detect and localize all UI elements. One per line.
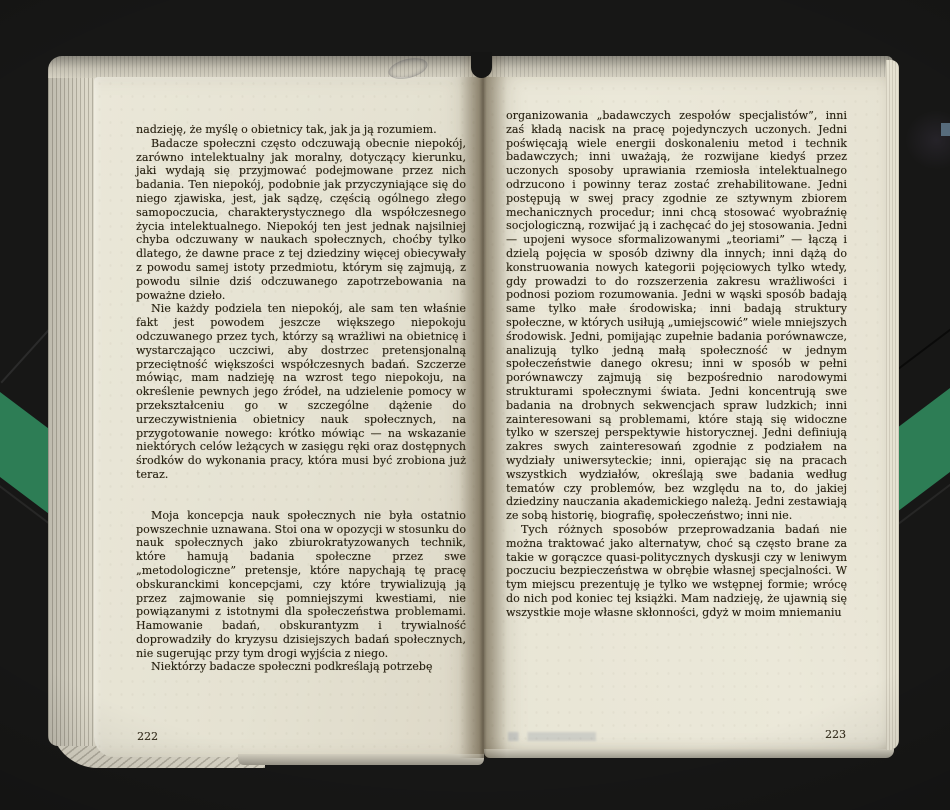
right-page-text: organizowania „badawczych zespołów specj… <box>506 109 847 619</box>
page-number-left: 222 <box>137 730 158 743</box>
spine-top-notch <box>471 52 492 78</box>
paragraph: Nie każdy podziela ten niepokój, ale sam… <box>136 302 466 481</box>
cover-groove-line <box>896 326 950 376</box>
page-number-right: 223 <box>760 728 846 741</box>
paragraph: Badacze społeczni często odczuwają obecn… <box>136 137 466 303</box>
book-cover-left-edge <box>0 0 52 810</box>
cover-sheen-line <box>0 323 52 384</box>
right-page-bottom-edge <box>484 749 894 758</box>
cover-green-stripe-left <box>0 392 52 522</box>
page-stack-fore-edge <box>48 58 98 746</box>
paragraph: Niektórzy badacze społeczni podkreślają … <box>136 660 466 674</box>
open-book-photo: nadzieję, że myślę o obietnicy tak, jak … <box>0 0 950 810</box>
background-reflection <box>905 110 950 170</box>
printers-mark-smudge <box>508 732 596 741</box>
left-page-bottom-edge <box>238 754 484 765</box>
background-blue-fleck <box>941 123 950 136</box>
paragraph: Tych różnych sposobów przeprowadzania ba… <box>506 523 847 620</box>
paragraph: nadzieję, że myślę o obietnicy tak, jak … <box>136 123 466 137</box>
paragraph: Moja koncepcja nauk społecznych nie była… <box>136 509 466 661</box>
paragraph: organizowania „badawczych zespołów specj… <box>506 109 847 523</box>
right-page-fore-edge <box>886 60 899 750</box>
cover-green-stripe-right <box>896 388 950 517</box>
left-page-text: nadzieję, że myślę o obietnicy tak, jak … <box>136 123 466 674</box>
